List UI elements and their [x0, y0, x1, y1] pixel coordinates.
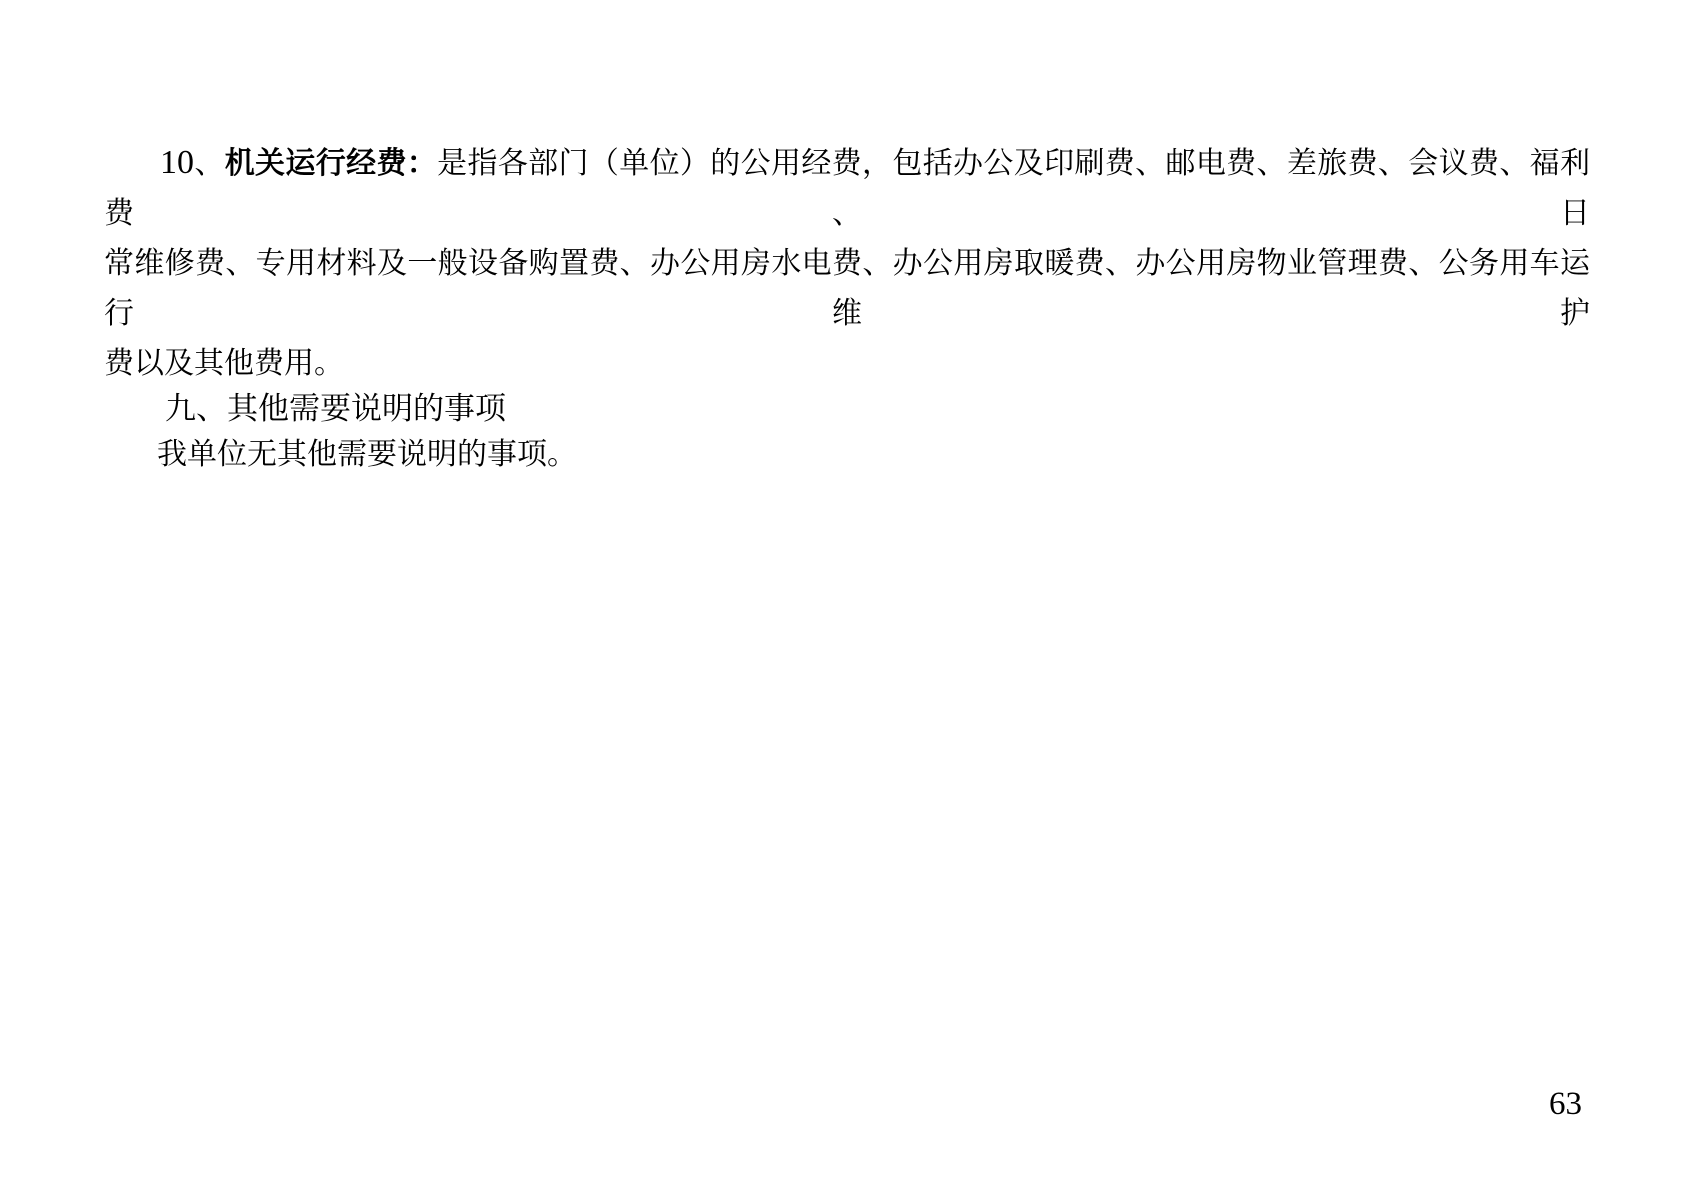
document-page: 10、机关运行经费：是指各部门（单位）的公用经费，包括办公及印刷费、邮电费、差旅…: [0, 0, 1684, 1190]
page-number: 63: [1549, 1088, 1582, 1121]
section9-heading: 九、其他需要说明的事项: [104, 389, 1590, 429]
para10-line3: 费以及其他费用。: [104, 339, 1590, 389]
section9-body: 我单位无其他需要说明的事项。: [104, 429, 1590, 481]
para10-line2: 常维修费、专用材料及一般设备购置费、办公用房水电费、办公用房取暖费、办公用房物业…: [104, 239, 1590, 339]
para10-line1: 10、机关运行经费：是指各部门（单位）的公用经费，包括办公及印刷费、邮电费、差旅…: [104, 139, 1590, 239]
document-content: 10、机关运行经费：是指各部门（单位）的公用经费，包括办公及印刷费、邮电费、差旅…: [104, 139, 1590, 481]
item-number: 10: [160, 144, 194, 181]
enum-separator: 、: [194, 147, 225, 180]
term-label: 机关运行经费：: [225, 147, 437, 180]
